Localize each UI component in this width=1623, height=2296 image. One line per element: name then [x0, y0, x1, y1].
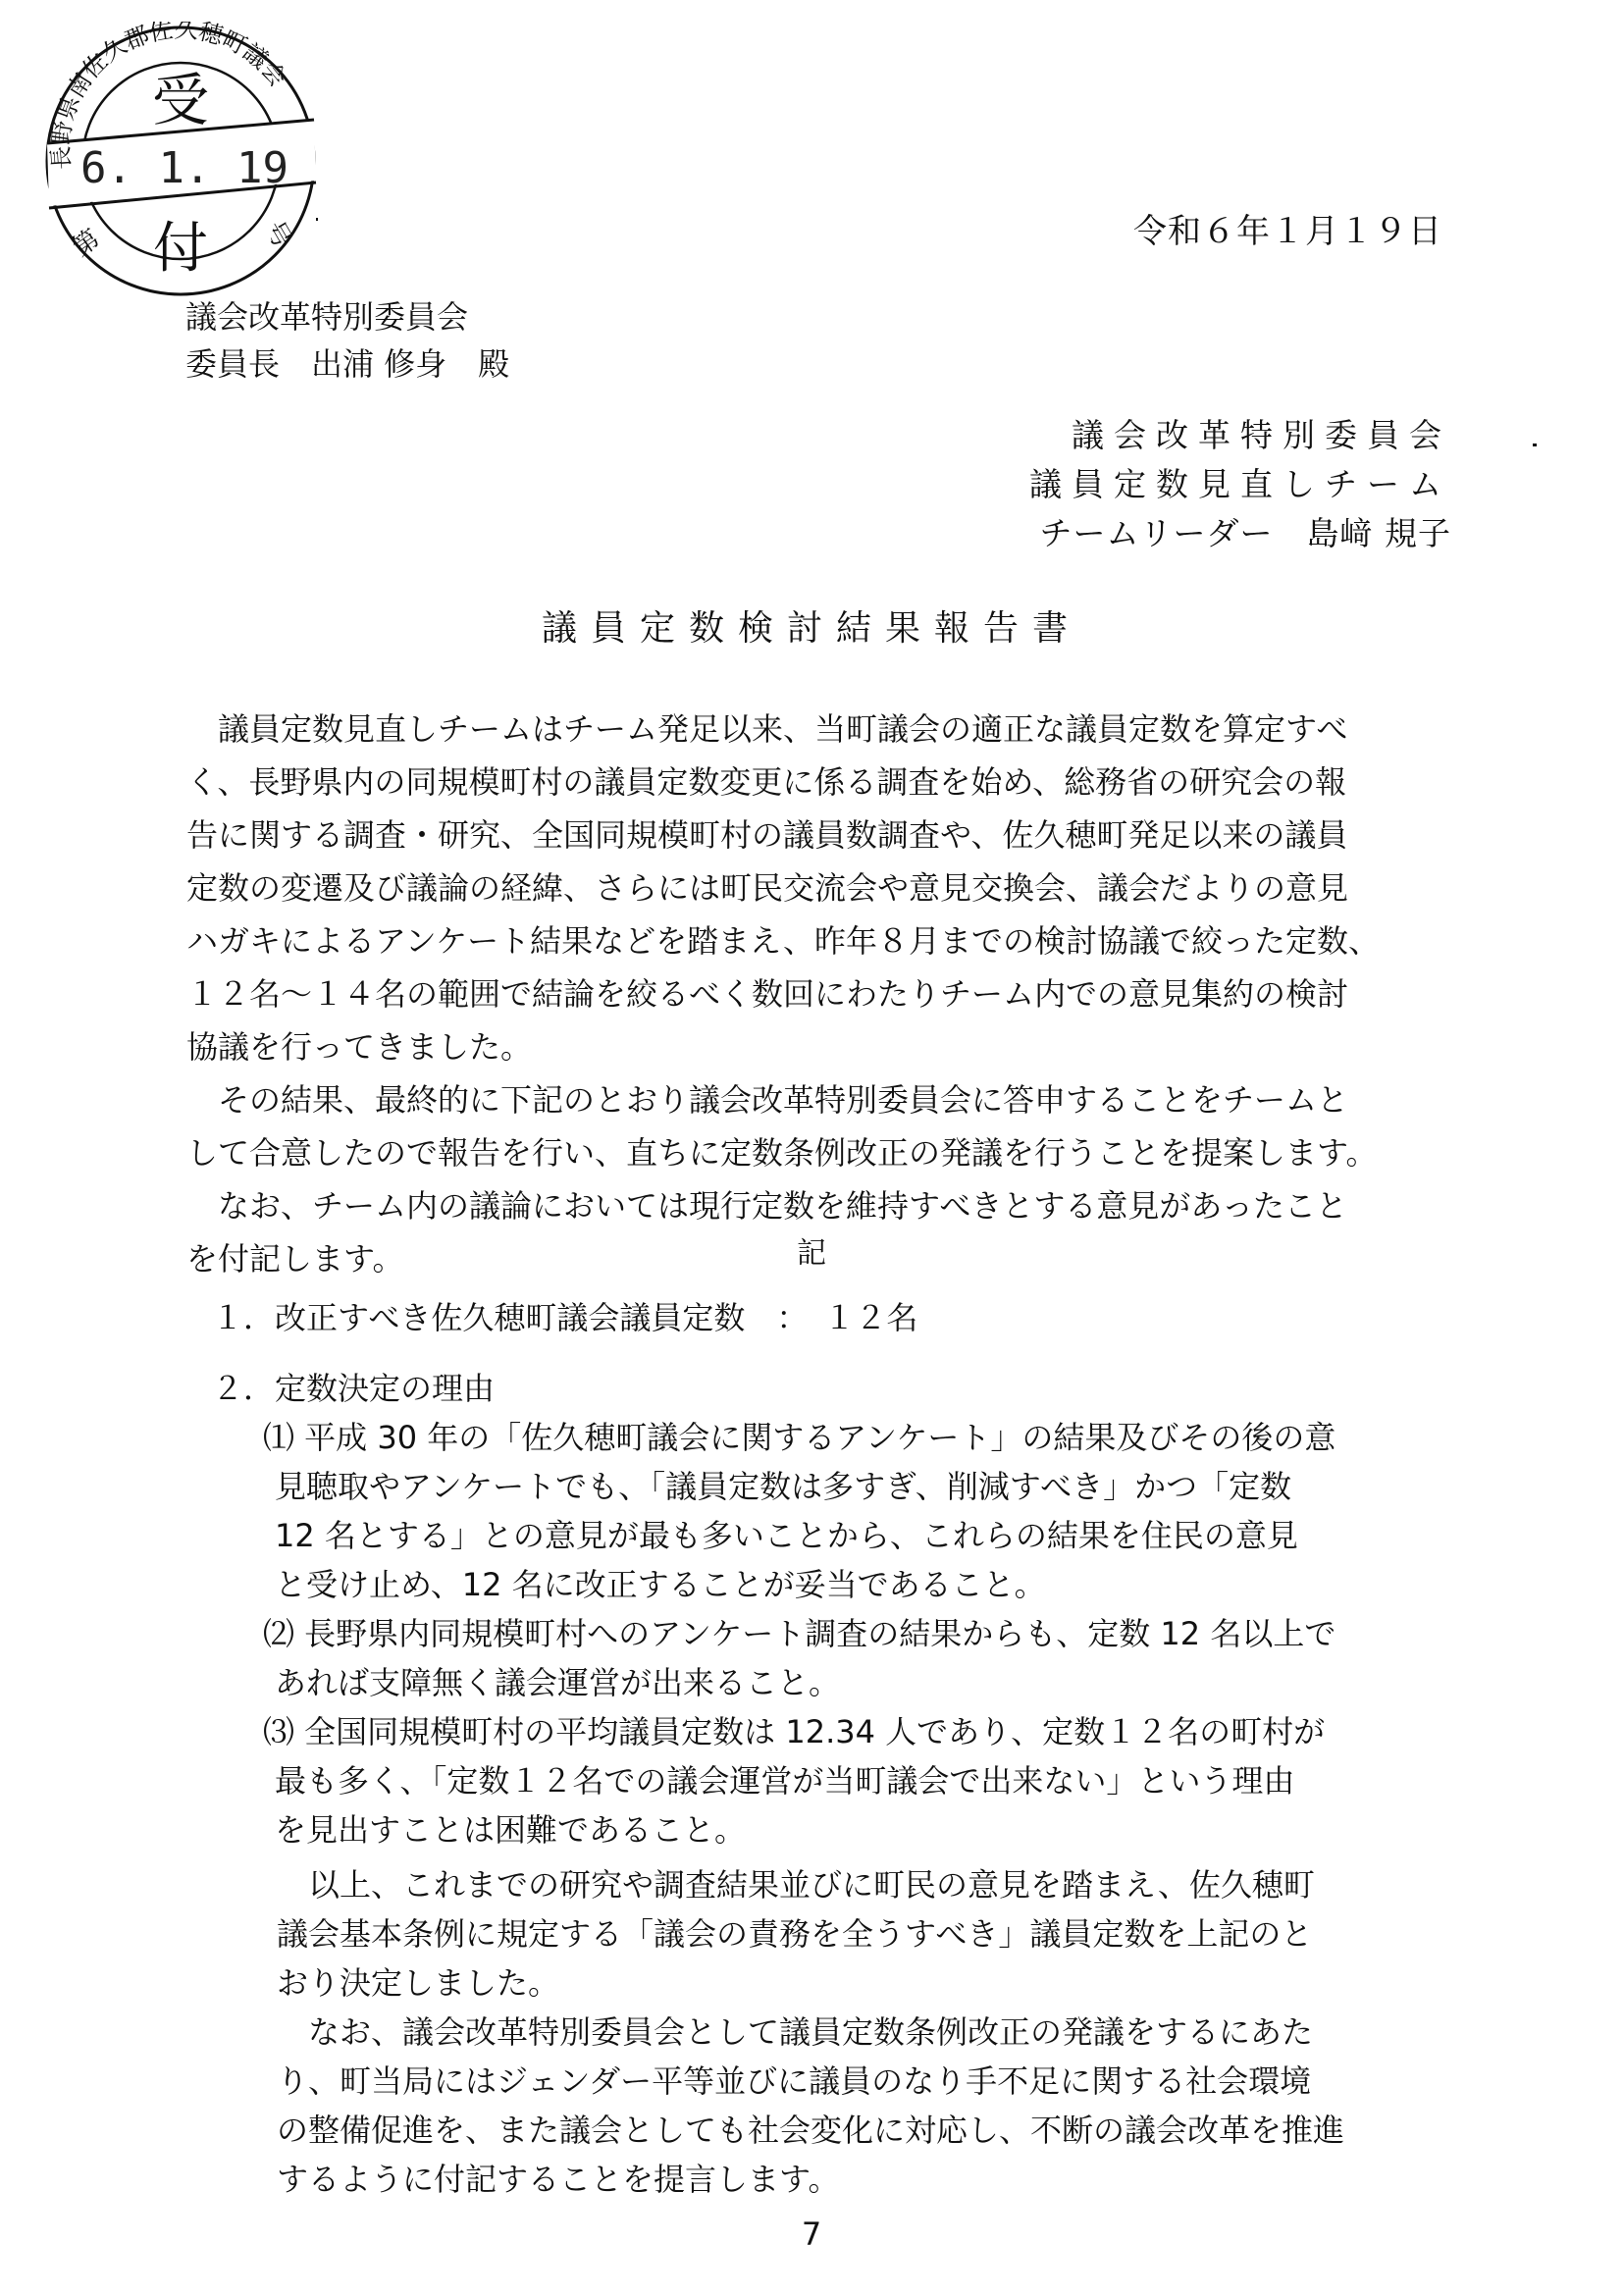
conclusion-line: するように付記することを提言します。	[277, 2155, 839, 2200]
item-1: １．改正すべき佐久穂町議会議員定数 ： １２名	[212, 1293, 1488, 1338]
reason-1-line: 見聴取やアンケートでも、「議員定数は多すぎ、削減すべき」かつ「定数	[275, 1462, 1291, 1507]
intro-line: く、長野県内の同規模町村の議員定数変更に係る調査を始め、総務省の研究会の報	[186, 757, 1346, 803]
receipt-stamp: 長野県南佐久郡佐久穂町議会 受 6. 1. 19 付 第 号	[41, 22, 320, 300]
document-page: 長野県南佐久郡佐久穂町議会 受 6. 1. 19 付 第 号 令和６年１月１９日…	[0, 0, 1623, 2296]
reason-1-line: と受け止め、12 名に改正することが妥当であること。	[275, 1560, 1046, 1605]
document-title: 議員定数検討結果報告書	[0, 600, 1623, 651]
stamp-right-char: 号	[259, 217, 297, 254]
page-number: 7	[0, 2216, 1623, 2253]
conclusion-line: なお、議会改革特別委員会として議員定数条例改正の発議をするにあた	[277, 2008, 1313, 2053]
conclusion-line: の整備促進を、また議会としても社会変化に対応し、不断の議会改革を推進	[277, 2106, 1344, 2151]
sender-team: 議員定数見直しチーム	[1029, 459, 1451, 505]
reason-3-line: 最も多く、「定数１２名での議会運営が当町議会で出来ない」という理由	[275, 1756, 1294, 1801]
scan-dot	[1533, 444, 1537, 446]
intro-line: 告に関する調査・研究、全国同規模町村の議員数調査や、佐久穂町発足以来の議員	[186, 810, 1347, 856]
intro-line: ハガキによるアンケート結果などを踏まえ、昨年８月までの検討協議で絞った定数、	[186, 916, 1380, 962]
intro-line: その結果、最終的に下記のとおり議会改革特別委員会に答申することをチームと	[186, 1075, 1348, 1121]
document-date: 令和６年１月１９日	[1133, 204, 1442, 252]
ki-marker: 記	[0, 1228, 1623, 1272]
addressee-organization: 議会改革特別委員会	[185, 292, 468, 338]
intro-line: 協議を行ってきました。	[186, 1022, 532, 1068]
stamp-left-char: 第	[68, 224, 106, 262]
item-2-heading: ２．定数決定の理由	[212, 1364, 1488, 1409]
reason-1-line: 12 名とする」との意見が最も多いことから、これらの結果を住民の意見	[275, 1511, 1298, 1556]
sender-leader: チームリーダー 島﨑 規子	[1040, 508, 1452, 554]
sender-organization: 議会改革特別委員会	[1072, 410, 1451, 456]
reason-3-line: を見出すことは困難であること。	[275, 1805, 746, 1851]
conclusion-line: り、町当局にはジェンダー平等並びに議員のなり手不足に関する社会環境	[277, 2057, 1311, 2102]
intro-line: 議員定数見直しチームはチーム発足以来、当町議会の適正な議員定数を算定すべ	[186, 704, 1347, 750]
intro-line: して合意したので報告を行い、直ちに定数条例改正の発議を行うことを提案します。	[186, 1128, 1377, 1174]
stamp-top-char: 受	[152, 67, 209, 133]
stamp-date: 6. 1. 19	[80, 143, 288, 193]
conclusion-line: 議会基本条例に規定する「議会の責務を全うすべき」議員定数を上記のと	[277, 1909, 1312, 1955]
intro-line: なお、チーム内の議論においては現行定数を維持すべきとする意見があったこと	[186, 1181, 1347, 1226]
intro-line: １２名～１４名の範囲で結論を絞るべく数回にわたりチーム内での意見集約の検討	[186, 969, 1348, 1015]
reason-3-line: ⑶ 全国同規模町村の平均議員定数は 12.34 人であり、定数１２名の町村が	[263, 1707, 1325, 1752]
stamp-circle-icon: 長野県南佐久郡佐久穂町議会 受 6. 1. 19 付 第 号	[41, 22, 320, 300]
reason-2-line: ⑵ 長野県内同規模町村へのアンケート調査の結果からも、定数 12 名以上で	[263, 1609, 1335, 1654]
conclusion-line: 以上、これまでの研究や調査結果並びに町民の意見を踏まえ、佐久穂町	[277, 1860, 1315, 1905]
reason-2-line: あれば支障無く議会運営が出来ること。	[275, 1658, 840, 1703]
conclusion-line: おり決定しました。	[277, 1958, 559, 2004]
intro-line: 定数の変遷及び議論の経緯、さらには町民交流会や意見交換会、議会だよりの意見	[186, 863, 1348, 909]
reason-1-line: ⑴ 平成 30 年の「佐久穂町議会に関するアンケート」の結果及びその後の意	[263, 1413, 1335, 1458]
stamp-bottom-char: 付	[153, 217, 208, 281]
addressee-name: 委員長 出浦 修身 殿	[185, 339, 509, 385]
scan-dot	[316, 218, 318, 221]
